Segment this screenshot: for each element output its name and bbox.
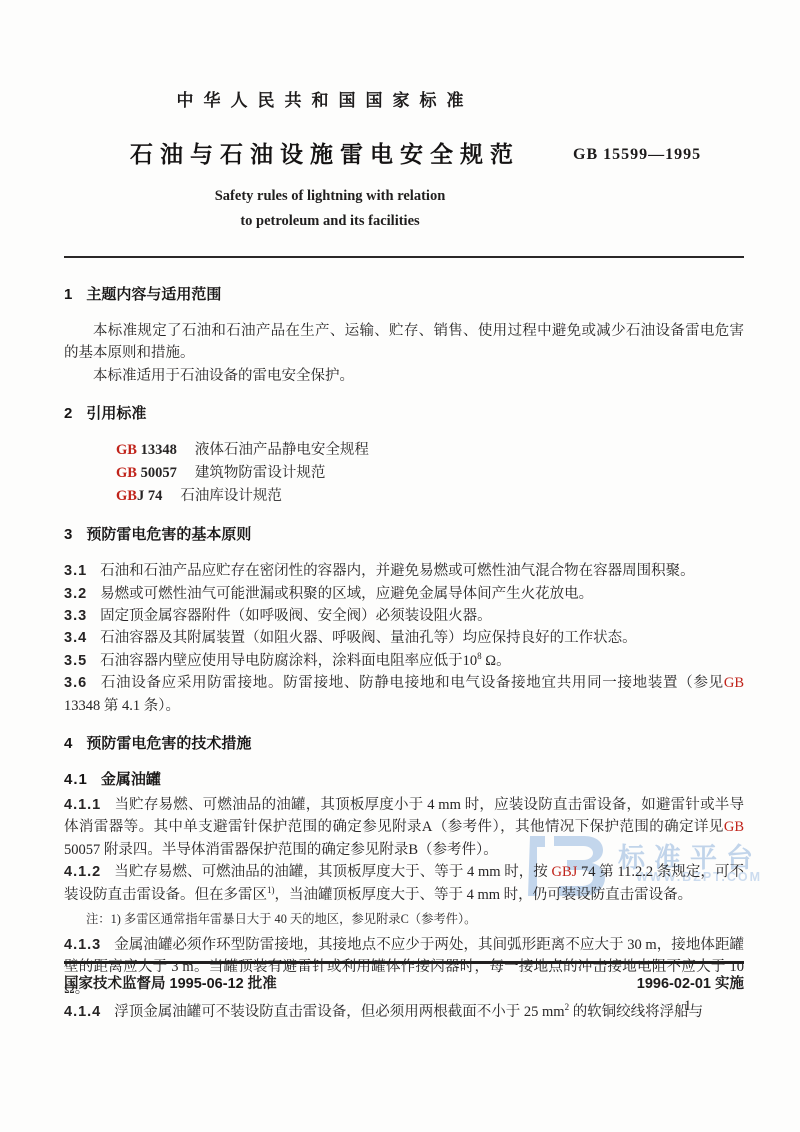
section-4-heading: 4预防雷电危害的技术措施 xyxy=(64,733,744,755)
scope-paragraph-2: 本标准适用于石油设备的雷电安全保护。 xyxy=(64,365,744,387)
document-title-en-line1: Safety rules of lightning with relation xyxy=(0,184,660,209)
document-title-cn: 石油与石油设施雷电安全规范 xyxy=(0,136,650,169)
clause-3-3: 3.3固定顶金属容器附件（如呼吸阀、安全阀）必须装设阻火器。 xyxy=(64,605,744,627)
clause-3-4: 3.4石油容器及其附属装置（如阻火器、呼吸阀、量油孔等）均应保持良好的工作状态。 xyxy=(64,627,744,649)
national-standard-label: 中华人民共和国国家标准 xyxy=(0,86,650,111)
section-2-heading: 2引用标准 xyxy=(64,403,744,425)
note-thunderstorm-region: 注：1) 多雷区通常指年雷暴日大于 40 天的地区，参见附录C（参考件）。 xyxy=(64,910,744,929)
standard-code: GB 15599—1995 xyxy=(573,146,701,164)
scope-paragraph-1: 本标准规定了石油和石油产品在生产、运输、贮存、销售、使用过程中避免或减少石油设备… xyxy=(64,320,744,365)
clause-4-1-4: 4.1.4浮顶金属油罐可不装设防直击雷设备，但必须用两根截面不小于 25 mm2… xyxy=(64,1001,744,1023)
section-1-heading: 1主题内容与适用范围 xyxy=(64,284,744,306)
document-page: 中华人民共和国国家标准 石油与石油设施雷电安全规范 GB 15599—1995 … xyxy=(0,0,800,1132)
clause-3-1: 3.1石油和石油产品应贮存在密闭性的容器内，并避免易燃或可燃性油气混合物在容器周… xyxy=(64,560,744,582)
document-title-en-line2: to petroleum and its facilities xyxy=(0,209,660,234)
clause-3-6: 3.6石油设备应采用防雷接地。防雷接地、防静电接地和电气设备接地宜共用同一接地装… xyxy=(64,672,744,717)
document-body: 1主题内容与适用范围本标准规定了石油和石油产品在生产、运输、贮存、销售、使用过程… xyxy=(64,284,744,1023)
document-title-en: Safety rules of lightning with relation … xyxy=(0,184,660,234)
reference-gbj-74: GBJ 74石油库设计规范 xyxy=(64,485,744,508)
clause-4-1: 4.1金属油罐 xyxy=(64,769,744,791)
section-3-heading: 3预防雷电危害的基本原则 xyxy=(64,524,744,546)
reference-gb-13348: GB 13348液体石油产品静电安全规程 xyxy=(64,439,744,462)
header-divider xyxy=(64,256,744,258)
reference-gb-50057: GB 50057建筑物防雷设计规范 xyxy=(64,462,744,485)
clause-3-2: 3.2易燃或可燃性油气可能泄漏或积聚的区域，应避免金属导体间产生火花放电。 xyxy=(64,583,744,605)
clause-4-1-3: 4.1.3金属油罐必须作环型防雷接地，其接地点不应少于两处，其间弧形距离不应大于… xyxy=(64,934,744,1001)
clause-3-5: 3.5石油容器内壁应使用导电防腐涂料，涂料面电阻率应低于108 Ω。 xyxy=(64,650,744,672)
clause-4-1-2: 4.1.2当贮存易燃、可燃油品的油罐，其顶板厚度大于、等于 4 mm 时，按 G… xyxy=(64,861,744,906)
clause-4-1-1: 4.1.1当贮存易燃、可燃油品的油罐，其顶板厚度小于 4 mm 时，应装设防直击… xyxy=(64,794,744,861)
